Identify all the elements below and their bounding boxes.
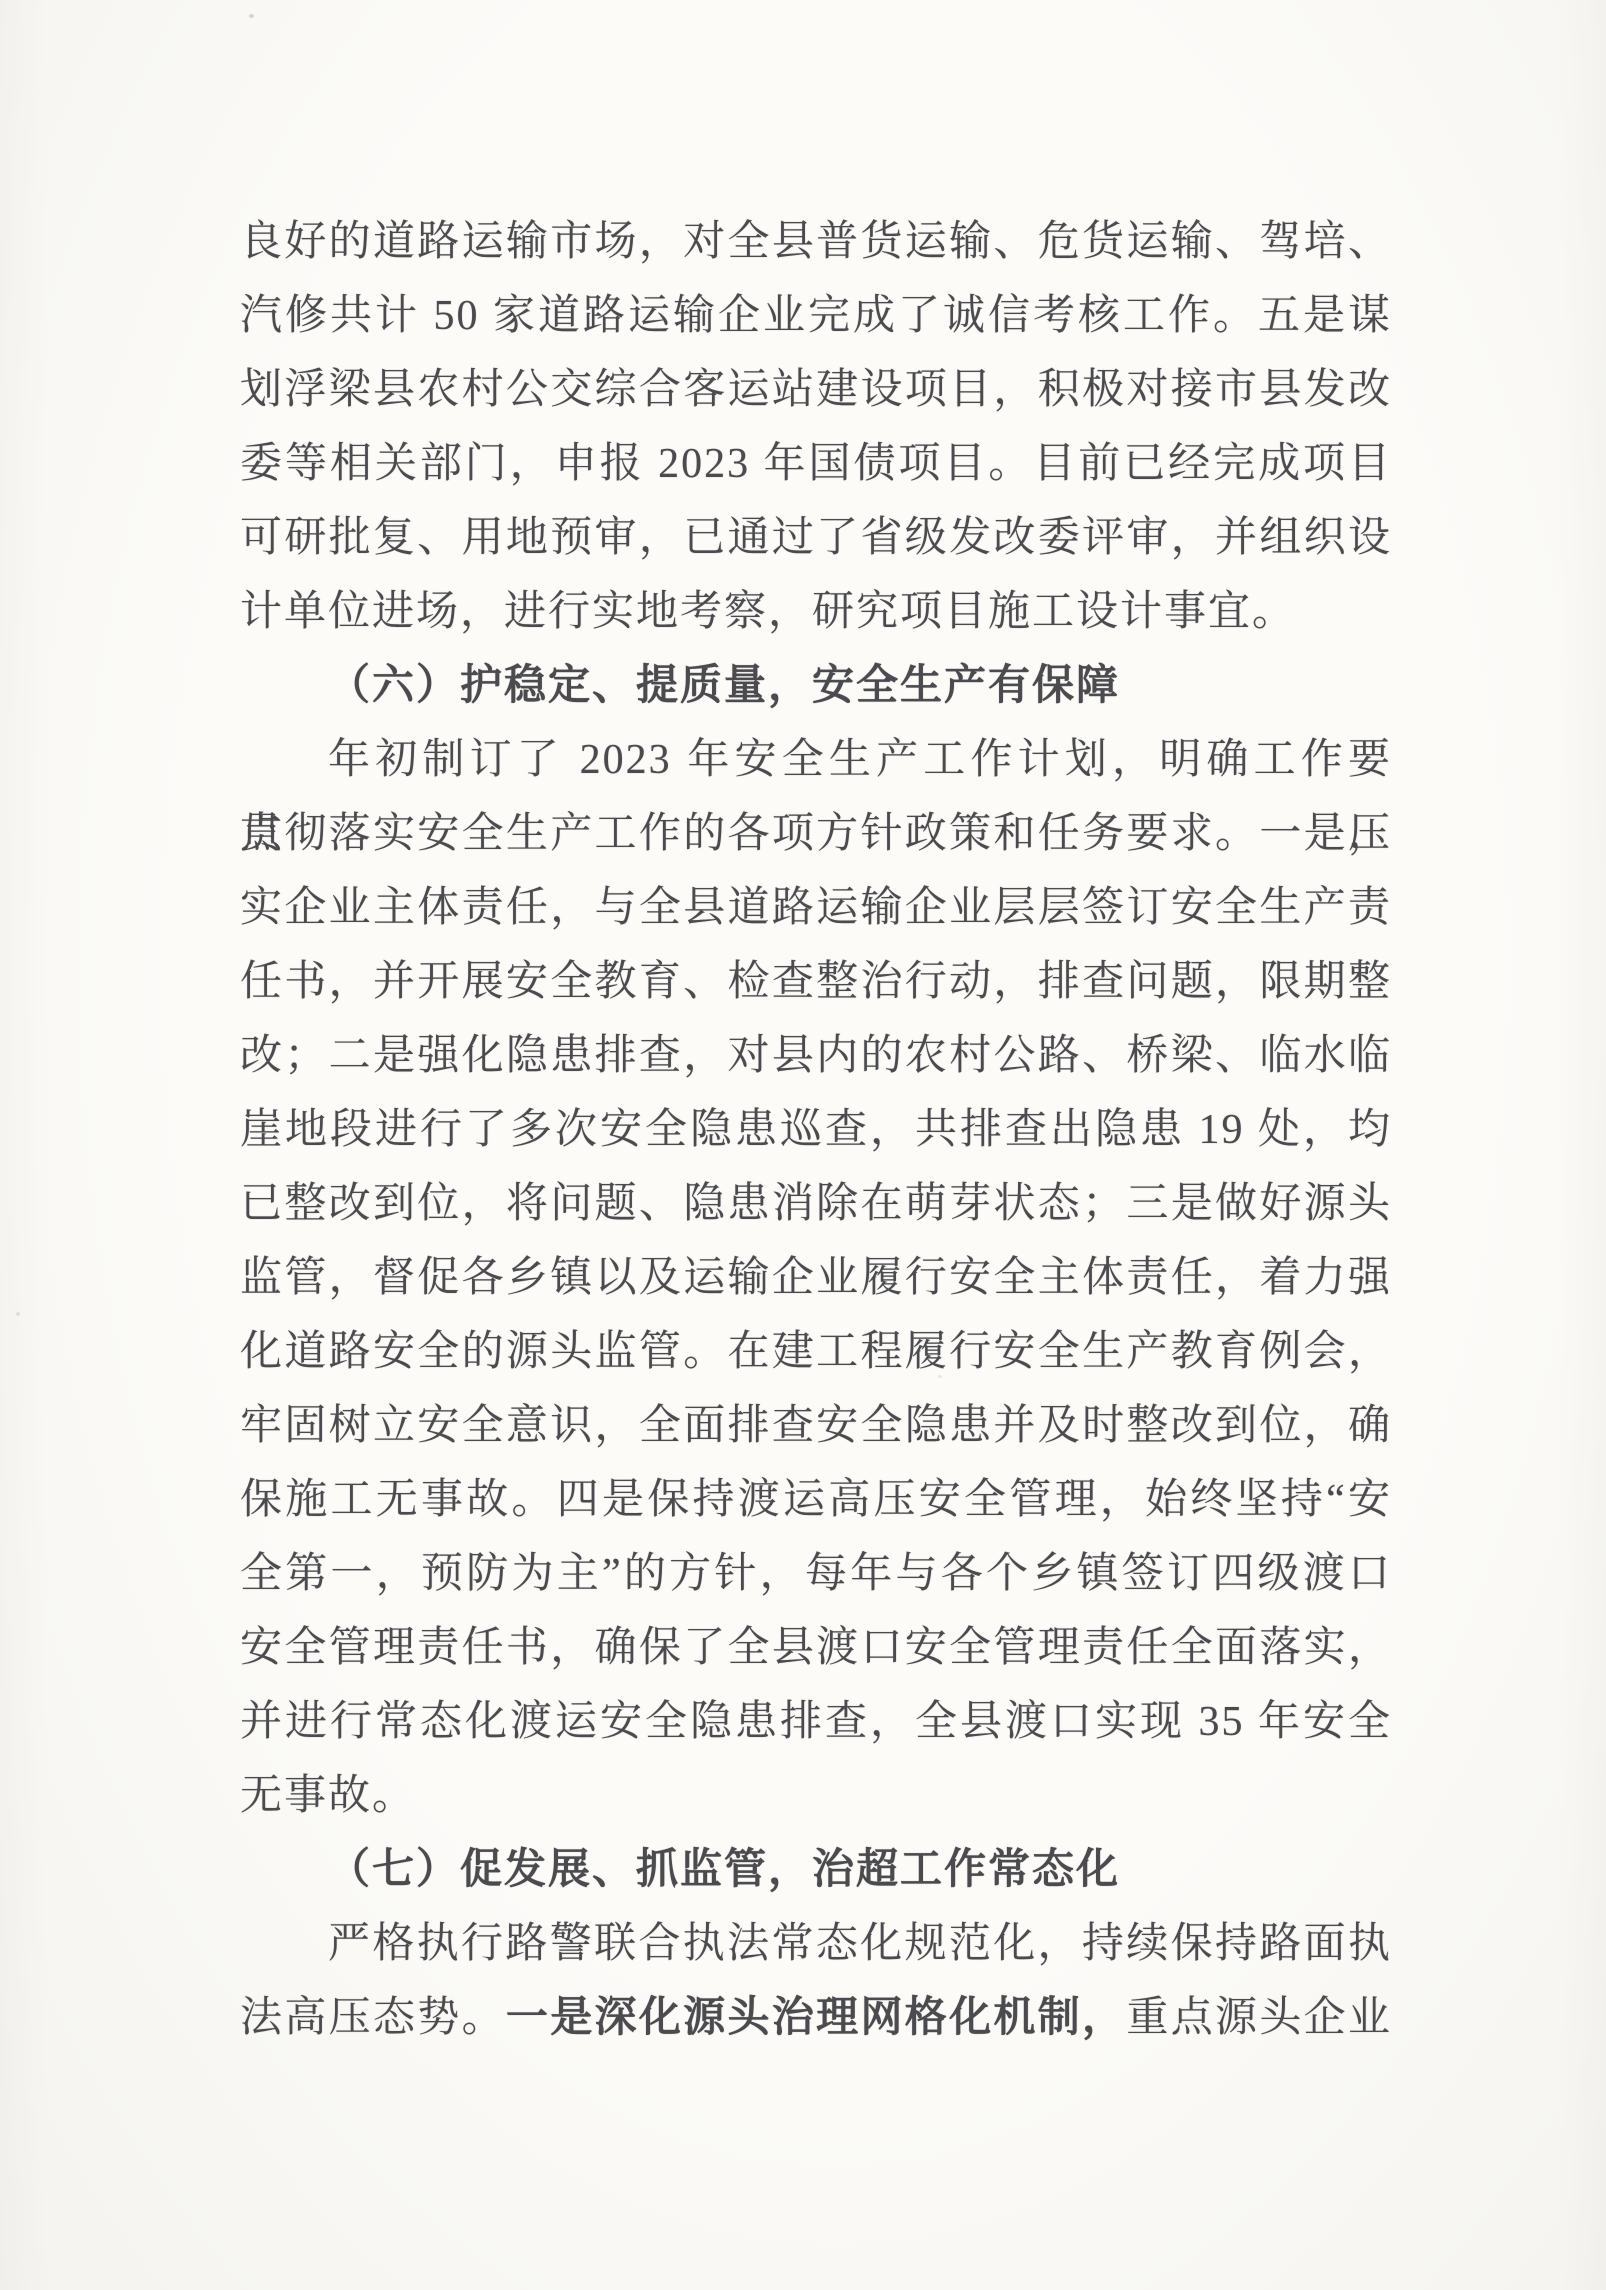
text-run: 化道路安全的源头监管。在建工程履行安全生产教育例会，	[240, 1329, 1392, 1375]
text-line: 贯彻落实安全生产工作的各项方针政策和任务要求。一是压	[240, 797, 1392, 871]
text-line: 法高压态势。一是深化源头治理网格化机制，重点源头企业	[240, 1981, 1392, 2055]
text-run: 划浮梁县农村公交综合客运站建设项目，积极对接市县发改	[240, 367, 1392, 413]
text-run: 委等相关部门，申报 2023 年国债项目。目前已经完成项目	[240, 441, 1392, 487]
text-line: 化道路安全的源头监管。在建工程履行安全生产教育例会，	[240, 1315, 1392, 1389]
text-line: 委等相关部门，申报 2023 年国债项目。目前已经完成项目	[240, 427, 1392, 501]
text-run: 严格执行路警联合执法常态化规范化，持续保持路面执	[328, 1921, 1392, 1967]
text-run: 无事故。	[240, 1773, 416, 1819]
text-run: 法高压态势。	[240, 1995, 506, 2041]
scan-artifact	[249, 14, 254, 18]
text-line: 汽修共计 50 家道路运输企业完成了诚信考核工作。五是谋	[240, 279, 1392, 353]
bold-text-run: 一是深化源头治理网格化机制，	[506, 1995, 1126, 2041]
section-heading: （七）促发展、抓监管，治超工作常态化	[240, 1833, 1392, 1907]
text-line: 年初制订了 2023 年安全生产工作计划，明确工作要点，	[240, 723, 1392, 797]
text-run: 重点源头企业	[1126, 1995, 1392, 2041]
text-run: 已整改到位，将问题、隐患消除在萌芽状态；三是做好源头	[240, 1181, 1392, 1227]
text-line: 已整改到位，将问题、隐患消除在萌芽状态；三是做好源头	[240, 1167, 1392, 1241]
text-line: 严格执行路警联合执法常态化规范化，持续保持路面执	[240, 1907, 1392, 1981]
text-line: 实企业主体责任，与全县道路运输企业层层签订安全生产责	[240, 871, 1392, 945]
text-line: 可研批复、用地预审，已通过了省级发改委评审，并组织设	[240, 501, 1392, 575]
text-line: 牢固树立安全意识，全面排查安全隐患并及时整改到位，确	[240, 1389, 1392, 1463]
text-run: 并进行常态化渡运安全隐患排查，全县渡口实现 35 年安全	[240, 1699, 1392, 1745]
text-run: 良好的道路运输市场，对全县普货运输、危货运输、驾培、	[240, 219, 1392, 265]
document-text: 良好的道路运输市场，对全县普货运输、危货运输、驾培、汽修共计 50 家道路运输企…	[240, 205, 1392, 2055]
text-run: 贯彻落实安全生产工作的各项方针政策和任务要求。一是压	[240, 811, 1392, 857]
text-run: 全第一，预防为主”的方针，每年与各个乡镇签订四级渡口	[240, 1551, 1392, 1597]
text-line: 监管，督促各乡镇以及运输企业履行安全主体责任，着力强	[240, 1241, 1392, 1315]
text-line: 并进行常态化渡运安全隐患排查，全县渡口实现 35 年安全	[240, 1685, 1392, 1759]
text-run: 汽修共计 50 家道路运输企业完成了诚信考核工作。五是谋	[240, 293, 1392, 339]
text-run: 计单位进场，进行实地考察，研究项目施工设计事宜。	[240, 589, 1296, 635]
text-line: 崖地段进行了多次安全隐患巡查，共排查出隐患 19 处，均	[240, 1093, 1392, 1167]
text-line: 计单位进场，进行实地考察，研究项目施工设计事宜。	[240, 575, 1392, 649]
text-run: 实企业主体责任，与全县道路运输企业层层签订安全生产责	[240, 885, 1392, 931]
scanned-document-page: 良好的道路运输市场，对全县普货运输、危货运输、驾培、汽修共计 50 家道路运输企…	[0, 0, 1606, 2290]
text-line: 改；二是强化隐患排查，对县内的农村公路、桥梁、临水临	[240, 1019, 1392, 1093]
text-run: 任书，并开展安全教育、检查整治行动，排查问题，限期整	[240, 959, 1392, 1005]
text-run: 安全管理责任书，确保了全县渡口安全管理责任全面落实，	[240, 1625, 1392, 1671]
text-run: 崖地段进行了多次安全隐患巡查，共排查出隐患 19 处，均	[240, 1107, 1392, 1153]
text-line: 无事故。	[240, 1759, 1392, 1833]
text-run: 监管，督促各乡镇以及运输企业履行安全主体责任，着力强	[240, 1255, 1392, 1301]
bold-text-run: （六）护稳定、提质量，安全生产有保障	[328, 663, 1120, 709]
text-run: 保施工无事故。四是保持渡运高压安全管理，始终坚持“安	[240, 1477, 1392, 1523]
text-line: 良好的道路运输市场，对全县普货运输、危货运输、驾培、	[240, 205, 1392, 279]
text-line: 保施工无事故。四是保持渡运高压安全管理，始终坚持“安	[240, 1463, 1392, 1537]
text-run: 可研批复、用地预审，已通过了省级发改委评审，并组织设	[240, 515, 1392, 561]
text-line: 安全管理责任书，确保了全县渡口安全管理责任全面落实，	[240, 1611, 1392, 1685]
text-line: 全第一，预防为主”的方针，每年与各个乡镇签订四级渡口	[240, 1537, 1392, 1611]
text-run: 牢固树立安全意识，全面排查安全隐患并及时整改到位，确	[240, 1403, 1392, 1449]
text-line: 划浮梁县农村公交综合客运站建设项目，积极对接市县发改	[240, 353, 1392, 427]
bold-text-run: （七）促发展、抓监管，治超工作常态化	[328, 1847, 1120, 1893]
text-line: 任书，并开展安全教育、检查整治行动，排查问题，限期整	[240, 945, 1392, 1019]
text-run: 改；二是强化隐患排查，对县内的农村公路、桥梁、临水临	[240, 1033, 1392, 1079]
scan-artifact	[16, 1312, 20, 1316]
section-heading: （六）护稳定、提质量，安全生产有保障	[240, 649, 1392, 723]
